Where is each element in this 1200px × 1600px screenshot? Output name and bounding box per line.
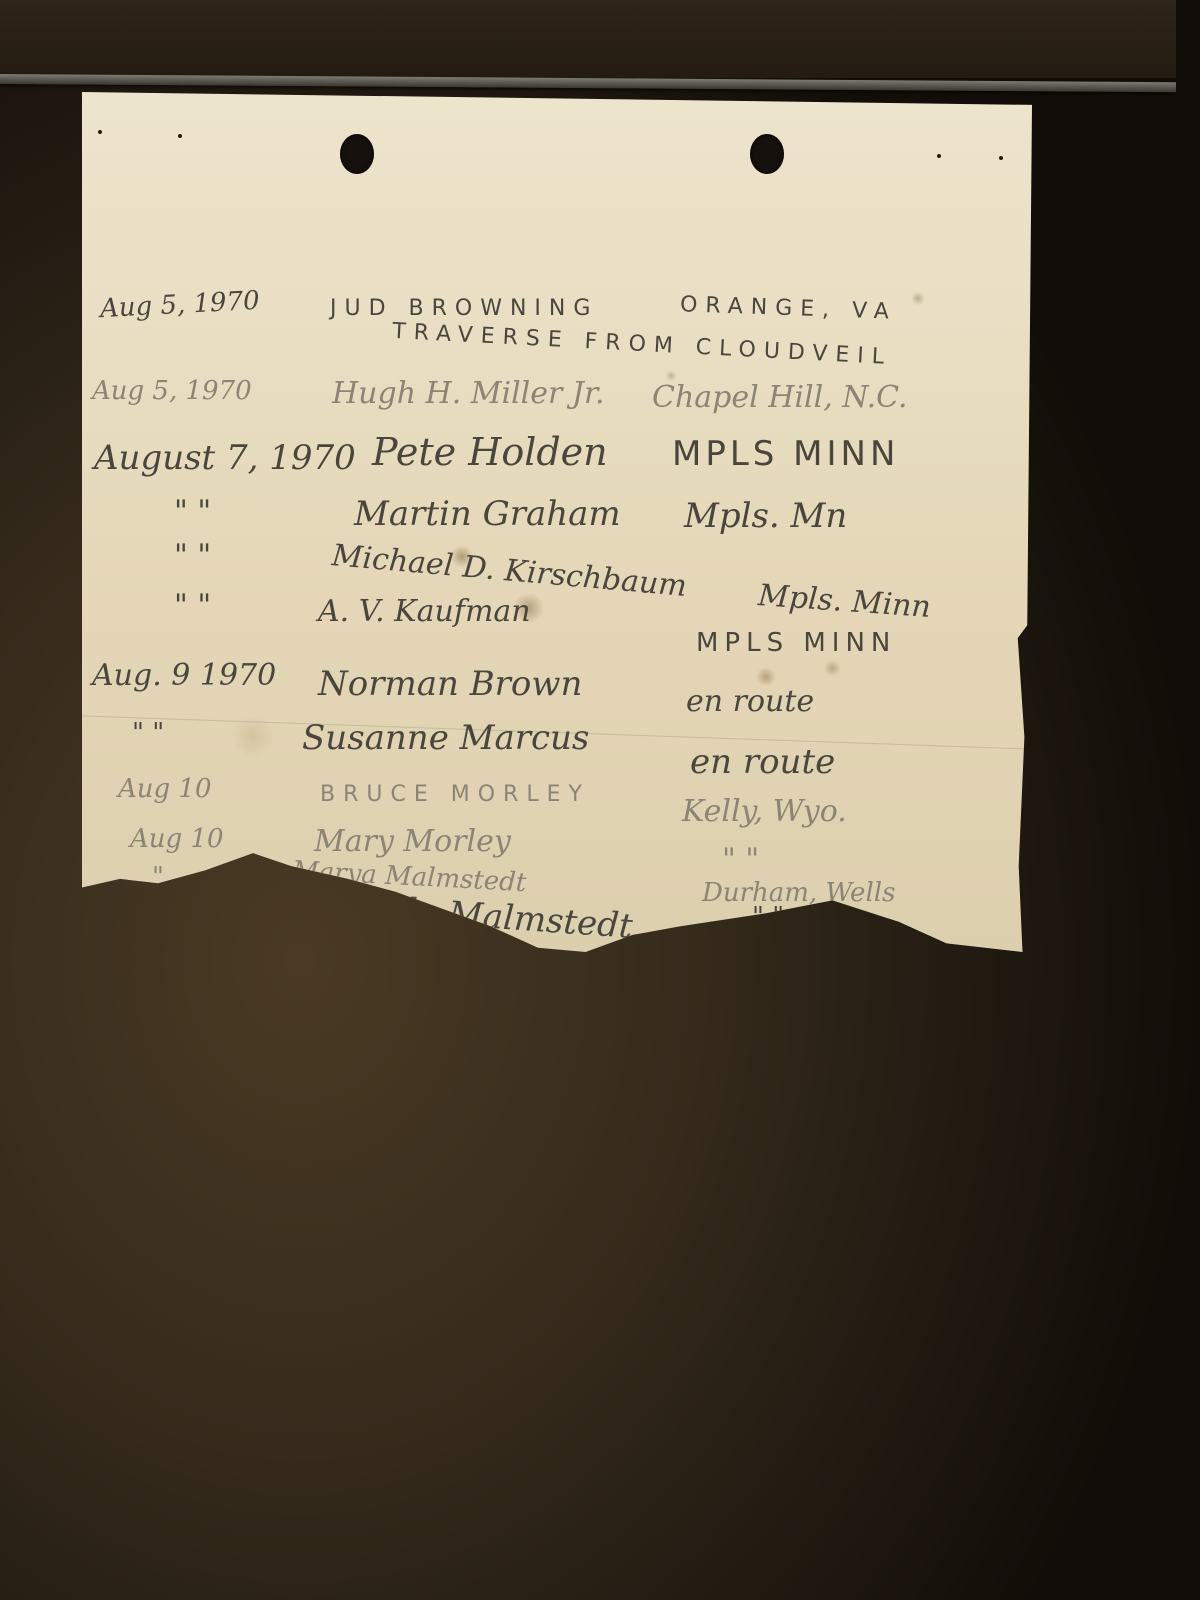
entry-location: en route [690,742,835,782]
entry-location: " " [752,902,784,932]
entry-date: " " [174,588,211,623]
entry-location: MPLS MINN [672,434,899,474]
entry-date: " " [174,494,211,529]
entry-date: Aug 5, 1970 [99,286,260,324]
entry-location: Mpls. Minn [757,578,932,625]
entry-name: Mary Morley [314,824,511,859]
entry-name: Susanne Marcus [302,718,589,758]
entry-location: Durham, Wells [702,878,895,908]
background-top-band [0,0,1176,78]
entry-location: Mpls. Mn [684,496,847,536]
entry-date: Aug 10 [130,824,224,854]
entry-name: Hugh H. Miller Jr. [332,376,605,411]
entry-date: " [152,862,164,892]
entry-date: " " [174,538,211,573]
entry-name: A. V. Kaufman [318,594,531,629]
entry-location: ORANGE, VA [680,292,898,325]
entry-name: Martin Graham [354,494,621,534]
entry-name: Pete Holden [372,430,608,474]
entry-location: en route [686,684,814,719]
entry-note: TRAVERSE FROM CLOUDVEIL [392,319,893,370]
entry-name: BRUCE MORLEY [320,782,590,807]
entry-location: " " [722,842,759,877]
entry-date: August 7, 1970 [94,438,356,478]
entry-location: Chapel Hill, N.C. [652,380,908,415]
entry-location: Kelly, Wyo. [682,794,847,829]
entry-name: JUD BROWNING [330,296,598,321]
register-entries: Aug 5, 1970 JUD BROWNING ORANGE, VA TRAV… [82,92,1032,952]
entry-date: Aug 5, 1970 [92,376,252,406]
entry-name: Norman Brown [318,664,582,704]
entry-date: Aug 10 [118,774,212,804]
entry-location: MPLS MINN [696,628,896,658]
register-page: Aug 5, 1970 JUD BROWNING ORANGE, VA TRAV… [82,92,1032,952]
entry-date: Aug. 9 1970 [92,658,276,693]
entry-date: " " [132,718,164,748]
